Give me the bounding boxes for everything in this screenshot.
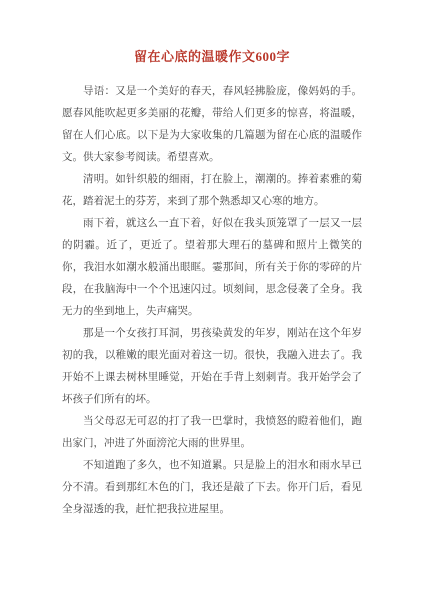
- page-title: 留在心底的温暖作文600字: [0, 46, 424, 65]
- article-body: 导语：又是一个美好的春天，春风轻拂脸庞，像妈妈的手。愿春风能吹起更多美丽的花瓣，…: [62, 81, 362, 521]
- paragraph: 不知道跑了多久，也不知道累。只是脸上的泪水和雨水早已分不清。看到那红木色的门，我…: [62, 455, 362, 521]
- document-page: 留在心底的温暖作文600字 导语：又是一个美好的春天，春风轻拂脸庞，像妈妈的手。…: [0, 0, 424, 600]
- paragraph: 当父母忍无可忍的打了我一巴掌时，我愤怒的瞪着他们，跑出家门，冲进了外面滂沱大雨的…: [62, 411, 362, 455]
- paragraph: 雨下着，就这么一直下着，好似在我头顶笼罩了一层又一层的阴霾。近了，更近了。望着那…: [62, 213, 362, 323]
- paragraph-intro: 导语：又是一个美好的春天，春风轻拂脸庞，像妈妈的手。愿春风能吹起更多美丽的花瓣，…: [62, 81, 362, 169]
- paragraph: 清明。如针织般的细雨，打在脸上，潮潮的。捧着素雅的菊花，踏着泥土的芬芳，来到了那…: [62, 169, 362, 213]
- paragraph: 那是一个女孩打耳洞，男孩染黄发的年岁，刚站在这个年岁初的我，以稚嫩的眼光面对着这…: [62, 323, 362, 411]
